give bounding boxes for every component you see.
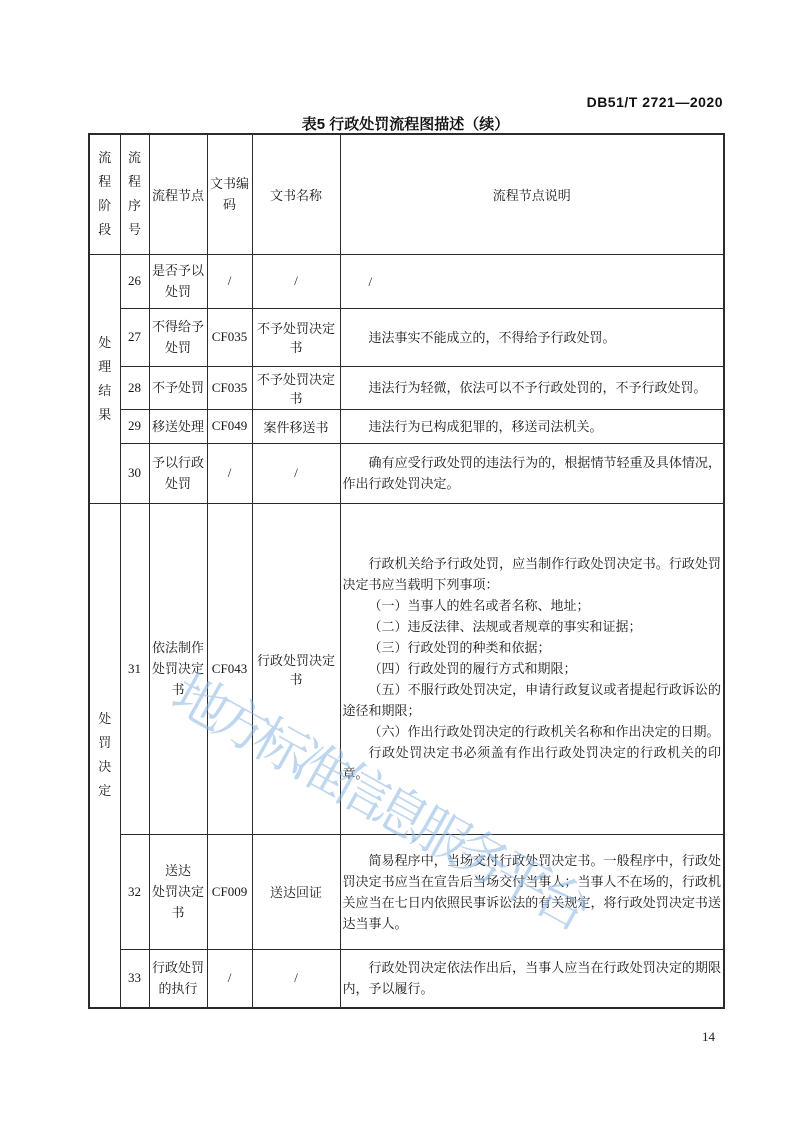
cell-node: 予以行政 处罚 xyxy=(149,443,207,503)
header-seq: 流程序号 xyxy=(120,134,149,254)
cell-doc-name: 行政处罚决定书 xyxy=(252,503,340,834)
header-stage: 流程阶段 xyxy=(89,134,120,254)
cell-desc: / xyxy=(340,254,724,308)
cell-doc-name: 送达回证 xyxy=(252,834,340,949)
document-page: DB51/T 2721—2020 表5 行政处罚流程图描述（续） 流程阶段 流程… xyxy=(0,0,793,1122)
cell-code: CF043 xyxy=(207,503,252,834)
page-number: 14 xyxy=(702,1029,715,1045)
cell-node: 不予处罚 xyxy=(149,366,207,409)
cell-doc-name: / xyxy=(252,254,340,308)
cell-doc-name: 不予处罚决定书 xyxy=(252,308,340,366)
cell-code: / xyxy=(207,254,252,308)
table-row: 30 予以行政 处罚 / / 确有应受行政处罚的违法行为的，根据情节轻重及具体情… xyxy=(89,443,724,503)
cell-node: 是否予以 处罚 xyxy=(149,254,207,308)
header-code: 文书编 码 xyxy=(207,134,252,254)
table-row: 29 移送处理 CF049 案件移送书 违法行为已构成犯罪的，移送司法机关。 xyxy=(89,409,724,443)
cell-desc: 行政机关给予行政处罚，应当制作行政处罚决定书。行政处罚决定书应当载明下列事项：（… xyxy=(340,503,724,834)
table-header-row: 流程阶段 流程序号 流程节点 文书编 码 文书名称 流程节点说明 xyxy=(89,134,724,254)
cell-doc-name: / xyxy=(252,443,340,503)
table-row: 处理结果 26 是否予以 处罚 / / / xyxy=(89,254,724,308)
cell-seq: 31 xyxy=(120,503,149,834)
cell-code: CF035 xyxy=(207,308,252,366)
cell-seq: 33 xyxy=(120,949,149,1008)
cell-doc-name: / xyxy=(252,949,340,1008)
cell-node: 行政处罚 的执行 xyxy=(149,949,207,1008)
cell-code: CF009 xyxy=(207,834,252,949)
table-row: 27 不得给予 处罚 CF035 不予处罚决定书 违法事实不能成立的，不得给予行… xyxy=(89,308,724,366)
cell-seq: 27 xyxy=(120,308,149,366)
cell-code: CF049 xyxy=(207,409,252,443)
cell-doc-name: 案件移送书 xyxy=(252,409,340,443)
cell-desc: 违法事实不能成立的，不得给予行政处罚。 xyxy=(340,308,724,366)
table-row: 处罚决定 31 依法制作 处罚决定 书 CF043 行政处罚决定书 行政机关给予… xyxy=(89,503,724,834)
cell-seq: 30 xyxy=(120,443,149,503)
stage-group-penalty-decision: 处罚决定 xyxy=(89,503,120,1008)
cell-desc: 确有应受行政处罚的违法行为的，根据情节轻重及具体情况，作出行政处罚决定。 xyxy=(340,443,724,503)
header-desc: 流程节点说明 xyxy=(340,134,724,254)
cell-desc: 行政处罚决定依法作出后，当事人应当在行政处罚决定的期限内，予以履行。 xyxy=(340,949,724,1008)
stage-group-processing-result: 处理结果 xyxy=(89,254,120,503)
header-node: 流程节点 xyxy=(149,134,207,254)
cell-desc: 简易程序中，当场交付行政处罚决定书。一般程序中，行政处罚决定书应当在宣告后当场交… xyxy=(340,834,724,949)
cell-code: / xyxy=(207,443,252,503)
cell-code: / xyxy=(207,949,252,1008)
cell-doc-name: 不予处罚决定书 xyxy=(252,366,340,409)
table-row: 33 行政处罚 的执行 / / 行政处罚决定依法作出后，当事人应当在行政处罚决定… xyxy=(89,949,724,1008)
cell-code: CF035 xyxy=(207,366,252,409)
table-title: 表5 行政处罚流程图描述（续） xyxy=(88,113,723,134)
cell-seq: 29 xyxy=(120,409,149,443)
cell-seq: 32 xyxy=(120,834,149,949)
table-row: 32 送达 处罚决定 书 CF009 送达回证 简易程序中，当场交付行政处罚决定… xyxy=(89,834,724,949)
standard-number: DB51/T 2721—2020 xyxy=(587,94,723,110)
cell-seq: 26 xyxy=(120,254,149,308)
table-row: 28 不予处罚 CF035 不予处罚决定书 违法行为轻微，依法可以不予行政处罚的… xyxy=(89,366,724,409)
cell-seq: 28 xyxy=(120,366,149,409)
cell-desc: 违法行为轻微，依法可以不予行政处罚的，不予行政处罚。 xyxy=(340,366,724,409)
header-doc-name: 文书名称 xyxy=(252,134,340,254)
cell-node: 移送处理 xyxy=(149,409,207,443)
cell-node: 不得给予 处罚 xyxy=(149,308,207,366)
cell-node: 送达 处罚决定 书 xyxy=(149,834,207,949)
cell-node: 依法制作 处罚决定 书 xyxy=(149,503,207,834)
cell-desc: 违法行为已构成犯罪的，移送司法机关。 xyxy=(340,409,724,443)
flow-description-table: 流程阶段 流程序号 流程节点 文书编 码 文书名称 流程节点说明 处理结果 26… xyxy=(88,133,725,1009)
